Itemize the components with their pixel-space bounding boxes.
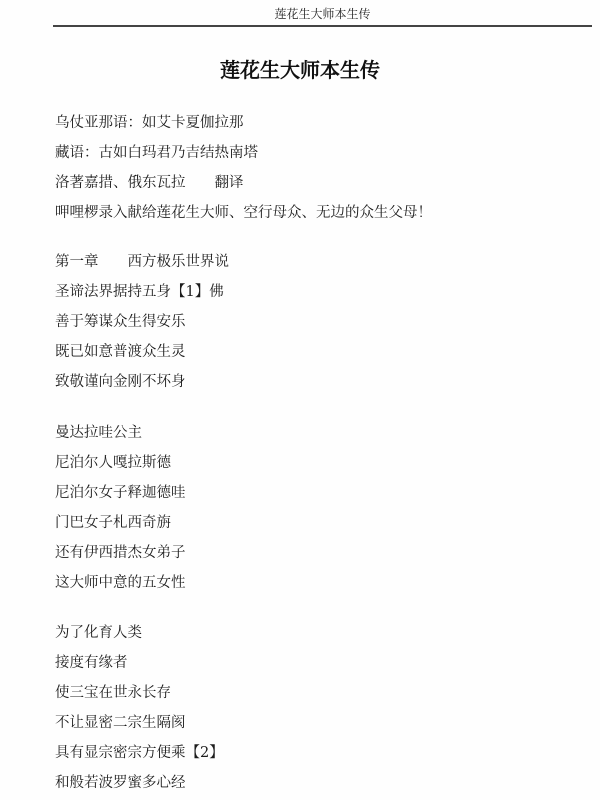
verse-line: 善于筹谋众生得安乐 (55, 312, 186, 332)
header-rule (53, 25, 592, 27)
verse-line: 和般若波罗蜜多心经 (55, 773, 186, 793)
front-matter-line: 呷哩椤录入献给莲花生大师、空行母众、无边的众生父母！ (55, 203, 432, 223)
verse-line: 为了化育人类 (55, 623, 142, 643)
verse-line: 曼达拉哇公主 (55, 423, 142, 443)
verse-line: 尼泊尔人嘎拉斯德 (55, 453, 171, 473)
verse-line: 具有显宗密宗方便乘【2】 (55, 743, 224, 763)
verse-line: 尼泊尔女子释迦德哇 (55, 483, 186, 503)
verse-line: 接度有缘者 (55, 653, 128, 673)
verse-line: 这大师中意的五女性 (55, 573, 186, 593)
verse-line: 还有伊西措杰女弟子 (55, 543, 186, 563)
verse-line: 不让显密二宗生隔阂 (55, 713, 186, 733)
chapter-heading: 第一章 西方极乐世界说 (55, 252, 229, 272)
front-matter-line: 藏语：古如白玛君乃吉结热南塔 (55, 143, 258, 163)
front-matter-line: 洛著嘉措、俄东瓦拉 翻译 (55, 173, 244, 193)
verse-line: 门巴女子札西奇旃 (55, 513, 171, 533)
front-matter-line: 乌仗亚那语：如艾卡夏伽拉那 (55, 113, 244, 133)
verse-line: 使三宝在世永长存 (55, 683, 171, 703)
running-header: 莲花生大师本生传 (53, 6, 592, 22)
document-title: 莲花生大师本生传 (0, 54, 600, 86)
verse-line: 圣谛法界据持五身【1】佛 (55, 282, 224, 302)
verse-line: 既已如意普渡众生灵 (55, 342, 186, 362)
verse-line: 致敬谨向金刚不坏身 (55, 372, 186, 392)
